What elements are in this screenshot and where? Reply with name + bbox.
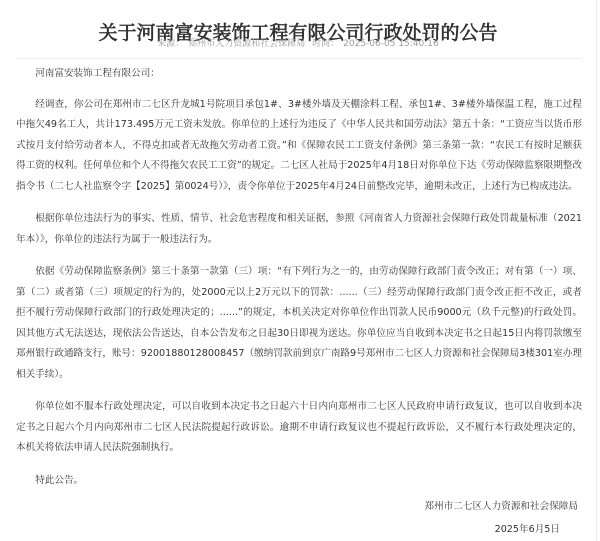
source-label: 来源： — [157, 39, 184, 49]
article-body: 河南富安装饰工程有限公司： 经调查，你公司在郑州市二七区升龙城1号院项目承包1#… — [16, 64, 582, 503]
salutation: 河南富安装饰工程有限公司： — [16, 64, 582, 85]
announcement-page: 关于河南富安装饰工程有限公司行政处罚的公告 来源：郑州市人力资源和社会保障局 时… — [0, 0, 597, 541]
paragraph-classification: 根据你单位违法行为的事实、性质、情节、社会危害程度和相关证据，参照《河南省人力资… — [16, 209, 582, 250]
paragraph-investigation: 经调查，你公司在郑州市二七区升龙城1号院项目承包1#、3#楼外墙及天棚涂料工程、… — [16, 95, 582, 198]
closing: 特此公告。 — [16, 471, 582, 492]
paragraph-appeal: 你单位如不服本行政处理决定，可以自收到本决定书之日起六十日内向郑州市二七区人民政… — [16, 397, 582, 459]
signature-issuer: 郑州市二七区人力资源和社会保障局 — [425, 500, 579, 514]
time-value: 2025-06-05 15:40:16 — [343, 39, 439, 49]
article-meta: 来源：郑州市人力资源和社会保障局 时间：2025-06-05 15:40:16 — [0, 38, 596, 50]
time-label: 时间： — [312, 39, 339, 49]
paragraph-penalty: 依据《劳动保障监察条例》第三十条第一款第（三）项：“有下列行为之一的，由劳动保障… — [16, 262, 582, 385]
header-divider — [16, 58, 582, 59]
signature-date: 2025年6月5日 — [495, 523, 560, 537]
source-value: 郑州市人力资源和社会保障局 — [188, 39, 305, 49]
